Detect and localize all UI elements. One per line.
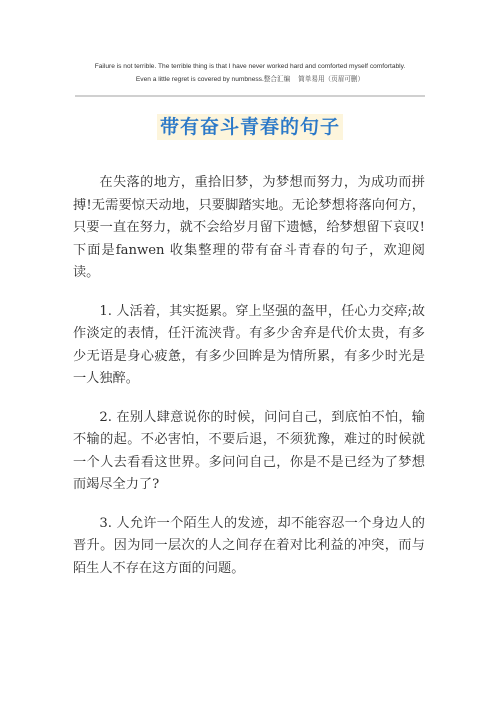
header-line-1: Failure is not terrible. The terrible th… (0, 60, 500, 73)
title-container: 带有奋斗青春的句子 (0, 114, 500, 140)
intro-paragraph: 在失落的地方，重拾旧梦，为梦想而努力，为成功而拼搏!无需要惊天动地，只要脚踏实地… (73, 172, 425, 285)
document-body: 在失落的地方，重拾旧梦，为梦想而努力，为成功而拼搏!无需要惊天动地，只要脚踏实地… (73, 172, 425, 596)
header-compiled-label: 整合汇编 (264, 75, 290, 83)
quote-paragraph-3: 3. 人允许一个陌生人的发迹，却不能容忍一个身边人的晋升。因为同一层次的人之间存… (73, 513, 425, 581)
header-divider (75, 95, 425, 97)
page-header: Failure is not terrible. The terrible th… (0, 60, 500, 86)
document-title: 带有奋斗青春的句子 (157, 114, 343, 140)
header-line-2: Even a little regret is covered by numbn… (0, 73, 500, 86)
header-motto-text: Even a little regret is covered by numbn… (136, 76, 264, 83)
quote-paragraph-2: 2. 在别人肆意说你的时候，问问自己，到底怕不怕，输不输的起。不必害怕，不要后退… (73, 407, 425, 497)
header-note: 简单易用（页眉可删） (298, 75, 364, 83)
quote-paragraph-1: 1. 人活着，其实挺累。穿上坚强的盔甲，任心力交瘁;故作淡定的表情，任汗流浃背。… (73, 301, 425, 391)
